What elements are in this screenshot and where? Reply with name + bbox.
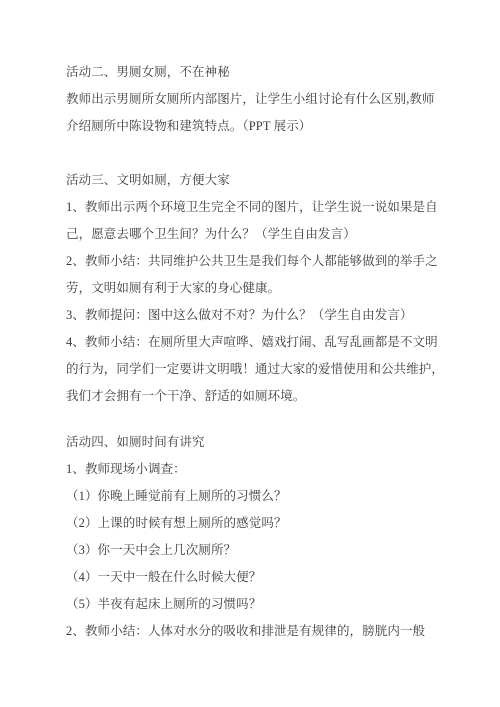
text-line: 的行为，同学们一定要讲文明哦！通过大家的爱惜使用和公共维护， (66, 356, 442, 383)
text-line: （2）上课的时候有想上厕所的感觉吗？ (66, 510, 442, 537)
text-line: 3、教师提问：图中这么做对不对？为什么？（学生自由发言） (66, 302, 442, 329)
text-line: （5）半夜有起床上厕所的习惯吗？ (66, 591, 442, 618)
text-line: 1、教师出示两个环境卫生完全不同的图片，让学生说一说如果是自 (66, 194, 442, 221)
text-line: 己，愿意去哪个卫生间？为什么？（学生自由发言） (66, 221, 442, 248)
section-heading: 活动三、文明如厕，方便大家 (66, 167, 442, 194)
section-body: 1、教师出示两个环境卫生完全不同的图片，让学生说一说如果是自己，愿意去哪个卫生间… (66, 194, 442, 410)
section-heading: 活动四、如厕时间有讲究 (66, 429, 442, 456)
section-activity-2: 活动二、男厕女厕，不在神秘 教师出示男厕所女厕所内部图片，让学生小组讨论有什么区… (66, 59, 442, 140)
text-line: 2、教师小结：人体对水分的吸收和排泄是有规律的，膀胱内一般 (66, 618, 442, 645)
text-line: 劳，文明如厕有利于大家的身心健康。 (66, 275, 442, 302)
text-line: 介绍厕所中陈设物和建筑特点。（PPT 展示） (66, 113, 442, 140)
text-line: （4）一天中一般在什么时候大便？ (66, 564, 442, 591)
text-line: 2、教师小结：共同维护公共卫生是我们每个人都能够做到的举手之 (66, 248, 442, 275)
section-body: 教师出示男厕所女厕所内部图片，让学生小组讨论有什么区别,教师介绍厕所中陈设物和建… (66, 86, 442, 140)
text-line: 1、教师现场小调查： (66, 456, 442, 483)
text-line: （3）你一天中会上几次厕所？ (66, 537, 442, 564)
text-line: 我们才会拥有一个干净、舒适的如厕环境。 (66, 383, 442, 410)
text-line: 教师出示男厕所女厕所内部图片，让学生小组讨论有什么区别,教师 (66, 86, 442, 113)
text-line: （1）你晚上睡觉前有上厕所的习惯么？ (66, 483, 442, 510)
section-body: 1、教师现场小调查：（1）你晚上睡觉前有上厕所的习惯么？（2）上课的时候有想上厕… (66, 456, 442, 645)
document-page: 活动二、男厕女厕，不在神秘 教师出示男厕所女厕所内部图片，让学生小组讨论有什么区… (0, 0, 500, 707)
section-activity-3: 活动三、文明如厕，方便大家 1、教师出示两个环境卫生完全不同的图片，让学生说一说… (66, 167, 442, 410)
section-heading: 活动二、男厕女厕，不在神秘 (66, 59, 442, 86)
text-line: 4、教师小结：在厕所里大声喧哗、嬉戏打闹、乱写乱画都是不文明 (66, 329, 442, 356)
section-activity-4: 活动四、如厕时间有讲究 1、教师现场小调查：（1）你晚上睡觉前有上厕所的习惯么？… (66, 429, 442, 645)
